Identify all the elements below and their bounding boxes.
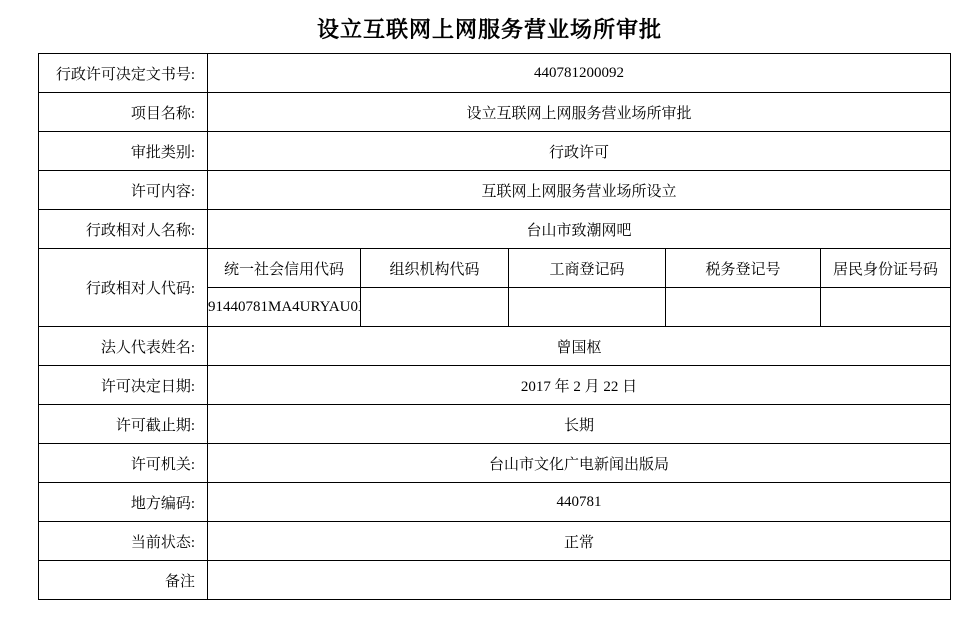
- unified-social-credit-code-value: 91440781MA4URYAU0X: [208, 288, 361, 327]
- license-decision-doc-number-value: 440781200092: [208, 54, 951, 93]
- table-row: 行政许可决定文书号: 440781200092: [39, 54, 951, 93]
- business-registration-code-value: [509, 288, 666, 327]
- counterpart-code-label: 行政相对人代码:: [39, 249, 208, 327]
- approval-category-value: 行政许可: [208, 132, 951, 171]
- unified-social-credit-code-header: 统一社会信用代码: [208, 249, 361, 288]
- approval-detail-table: 行政许可决定文书号: 440781200092 项目名称: 设立互联网上网服务营…: [38, 53, 951, 600]
- project-name-label: 项目名称:: [39, 93, 208, 132]
- table-row: 审批类别: 行政许可: [39, 132, 951, 171]
- project-name-value: 设立互联网上网服务营业场所审批: [208, 93, 951, 132]
- license-content-value: 互联网上网服务营业场所设立: [208, 171, 951, 210]
- table-row: 许可截止期: 长期: [39, 405, 951, 444]
- table-row: 法人代表姓名: 曾国枢: [39, 327, 951, 366]
- table-row: 行政相对人名称: 台山市致潮网吧: [39, 210, 951, 249]
- legal-representative-name-label: 法人代表姓名:: [39, 327, 208, 366]
- table-row: 许可决定日期: 2017 年 2 月 22 日: [39, 366, 951, 405]
- license-decision-date-label: 许可决定日期:: [39, 366, 208, 405]
- table-row: 许可机关: 台山市文化广电新闻出版局: [39, 444, 951, 483]
- licensing-authority-label: 许可机关:: [39, 444, 208, 483]
- license-expiry-label: 许可截止期:: [39, 405, 208, 444]
- table-row: 当前状态: 正常: [39, 522, 951, 561]
- tax-registration-number-header: 税务登记号: [666, 249, 821, 288]
- licensing-authority-value: 台山市文化广电新闻出版局: [208, 444, 951, 483]
- counterpart-name-label: 行政相对人名称:: [39, 210, 208, 249]
- table-row: 行政相对人代码: 统一社会信用代码 组织机构代码 工商登记码 税务登记号 居民身…: [39, 249, 951, 288]
- current-status-label: 当前状态:: [39, 522, 208, 561]
- license-expiry-value: 长期: [208, 405, 951, 444]
- license-decision-doc-number-label: 行政许可决定文书号:: [39, 54, 208, 93]
- table-row: 许可内容: 互联网上网服务营业场所设立: [39, 171, 951, 210]
- local-code-label: 地方编码:: [39, 483, 208, 522]
- resident-id-number-value: [821, 288, 951, 327]
- approval-category-label: 审批类别:: [39, 132, 208, 171]
- license-decision-date-value: 2017 年 2 月 22 日: [208, 366, 951, 405]
- local-code-value: 440781: [208, 483, 951, 522]
- organization-code-header: 组织机构代码: [361, 249, 509, 288]
- remarks-value: [208, 561, 951, 600]
- resident-id-number-header: 居民身份证号码: [821, 249, 951, 288]
- current-status-value: 正常: [208, 522, 951, 561]
- table-row: 备注: [39, 561, 951, 600]
- legal-representative-name-value: 曾国枢: [208, 327, 951, 366]
- table-row: 项目名称: 设立互联网上网服务营业场所审批: [39, 93, 951, 132]
- business-registration-code-header: 工商登记码: [509, 249, 666, 288]
- table-row: 地方编码: 440781: [39, 483, 951, 522]
- license-content-label: 许可内容:: [39, 171, 208, 210]
- remarks-label: 备注: [39, 561, 208, 600]
- tax-registration-number-value: [666, 288, 821, 327]
- organization-code-value: [361, 288, 509, 327]
- page-title: 设立互联网上网服务营业场所审批: [0, 13, 979, 44]
- counterpart-name-value: 台山市致潮网吧: [208, 210, 951, 249]
